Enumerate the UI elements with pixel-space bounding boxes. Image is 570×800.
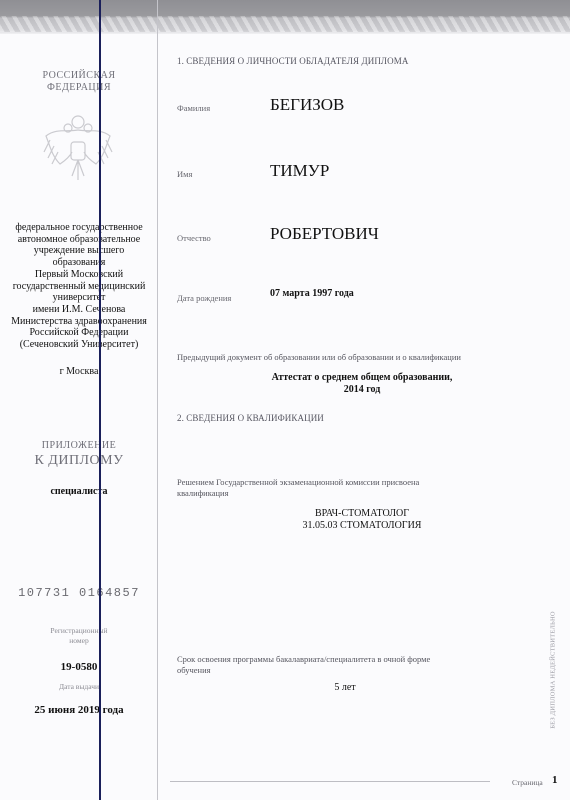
- org-line: автономное образовательное: [0, 234, 158, 246]
- birth-date-label: Дата рождения: [177, 293, 231, 303]
- scan-top-border: [0, 0, 570, 34]
- country-title-line2: ФЕДЕРАЦИЯ: [0, 82, 158, 94]
- previous-document-label: Предыдущий документ об образовании или о…: [177, 352, 461, 363]
- coat-of-arms-icon: [38, 108, 118, 188]
- column-divider: [157, 0, 158, 800]
- pen-mark-line: [99, 0, 101, 800]
- org-line: Первый Московский: [0, 269, 158, 281]
- footer-rule: [170, 781, 490, 782]
- registration-label-line1: Регистрационный: [0, 626, 158, 636]
- patronymic-label: Отчество: [177, 233, 211, 243]
- specialty-value: 31.05.03 СТОМАТОЛОГИЯ: [177, 520, 547, 532]
- appendix-title-line2: К ДИПЛОМУ: [0, 453, 158, 469]
- study-duration-label-line2: обучения: [177, 665, 211, 676]
- appendix-title-line1: ПРИЛОЖЕНИЕ: [0, 440, 158, 451]
- org-line: Министерства здравоохранения: [0, 316, 158, 328]
- org-line: образования: [0, 257, 158, 269]
- previous-document-line2: 2014 год: [177, 384, 547, 396]
- vertical-validity-note: БЕЗ ДИПЛОМА НЕДЕЙСТВИТЕЛЬНО: [545, 590, 561, 750]
- org-line: учреждение высшего: [0, 245, 158, 257]
- name-label: Имя: [177, 169, 192, 179]
- section2-title: 2. СВЕДЕНИЯ О КВАЛИФИКАЦИИ: [177, 413, 324, 423]
- city: г Москва: [0, 366, 158, 377]
- surname-value: БЕГИЗОВ: [270, 95, 344, 115]
- previous-document-line1: Аттестат о среднем общем образовании,: [177, 372, 547, 384]
- org-line: (Сеченовский Университет): [0, 339, 158, 351]
- degree-level: специалиста: [0, 486, 158, 497]
- org-line: государственный медицинский: [0, 281, 158, 293]
- birth-date-value: 07 марта 1997 года: [270, 288, 354, 299]
- organization-name: федеральное государственное автономное о…: [0, 222, 158, 351]
- page-label: Страница: [512, 778, 543, 787]
- qualification-decision-line1: Решением Государственной экзаменационной…: [177, 477, 419, 488]
- org-line: Российской Федерации: [0, 327, 158, 339]
- serial-number: 107731 0164857: [0, 586, 158, 600]
- qualification-decision-line2: квалификация: [177, 488, 229, 499]
- org-line: федеральное государственное: [0, 222, 158, 234]
- study-duration-value: 5 лет: [160, 682, 530, 694]
- issue-date: 25 июня 2019 года: [0, 704, 158, 716]
- country-title-line1: РОССИЙСКАЯ: [0, 70, 158, 82]
- surname-label: Фамилия: [177, 103, 210, 113]
- name-value: ТИМУР: [270, 161, 329, 181]
- vertical-note-text: БЕЗ ДИПЛОМА НЕДЕЙСТВИТЕЛЬНО: [550, 611, 557, 729]
- page-number: 1: [552, 774, 558, 786]
- qualification-value: ВРАЧ-СТОМАТОЛОГ: [177, 508, 547, 520]
- registration-label-line2: номер: [0, 636, 158, 646]
- registration-number: 19-0580: [0, 661, 158, 673]
- org-line: имени И.М. Сеченова: [0, 304, 158, 316]
- patronymic-value: РОБЕРТОВИЧ: [270, 224, 379, 244]
- study-duration-label-line1: Срок освоения программы бакалавриата/спе…: [177, 654, 430, 665]
- org-line: университет: [0, 292, 158, 304]
- section1-title: 1. СВЕДЕНИЯ О ЛИЧНОСТИ ОБЛАДАТЕЛЯ ДИПЛОМ…: [177, 56, 408, 66]
- issue-date-label: Дата выдачи: [0, 682, 158, 692]
